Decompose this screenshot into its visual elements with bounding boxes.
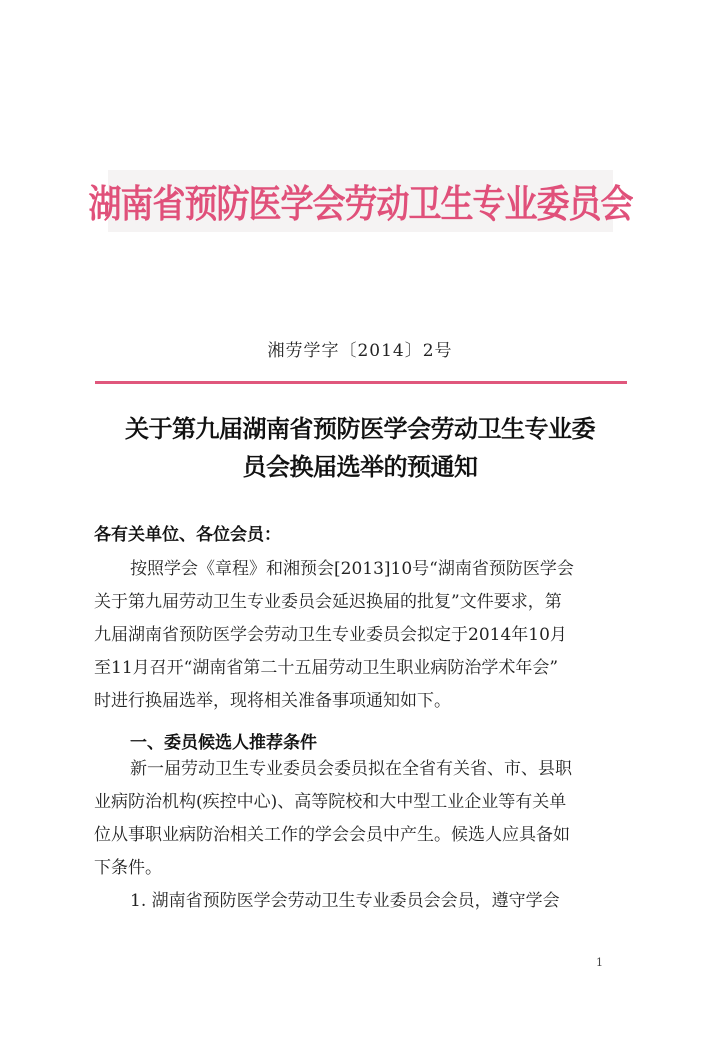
paragraph-line: 时进行换届选举，现将相关准备事项通知如下。	[94, 685, 629, 718]
salutation: 各有关单位、各位会员：	[94, 520, 281, 545]
paragraph-line: 业病防治机构(疾控中心)、高等院校和大中型工业企业等有关单	[94, 786, 629, 819]
paragraph-line: 至11月召开“湖南省第二十五届劳动卫生职业病防治学术年会”	[94, 652, 629, 685]
paragraph-line: 新一届劳动卫生专业委员会委员拟在全省有关省、市、县职	[94, 753, 629, 786]
red-divider-line	[95, 381, 627, 384]
section-heading-candidate-conditions: 一、委员候选人推荐条件	[130, 728, 317, 753]
paragraph-line: 关于第九届劳动卫生专业委员会延迟换届的批复”文件要求，第	[94, 586, 629, 619]
title-line: 关于第九届湖南省预防医学会劳动卫生专业委	[80, 410, 640, 448]
document-number: 湘劳学字〔2014〕2号	[0, 336, 720, 361]
document-title: 关于第九届湖南省预防医学会劳动卫生专业委 员会换届选举的预通知	[80, 410, 640, 486]
paragraph-candidate-scope: 新一届劳动卫生专业委员会委员拟在全省有关省、市、县职 业病防治机构(疾控中心)、…	[94, 753, 629, 885]
paragraph-condition-1: 1. 湖南省预防医学会劳动卫生专业委员会会员，遵守学会	[94, 885, 629, 918]
masthead-banner: 湖南省预防医学会劳动卫生专业委员会	[108, 170, 613, 232]
paragraph-line: 按照学会《章程》和湘预会[2013]10号“湖南省预防医学会	[94, 553, 629, 586]
masthead-title: 湖南省预防医学会劳动卫生专业委员会	[89, 174, 633, 228]
paragraph-line: 下条件。	[94, 852, 629, 885]
paragraph-line: 位从事职业病防治相关工作的学会会员中产生。候选人应具备如	[94, 819, 629, 852]
paragraph-line: 1. 湖南省预防医学会劳动卫生专业委员会会员，遵守学会	[94, 885, 629, 918]
paragraph-intro: 按照学会《章程》和湘预会[2013]10号“湖南省预防医学会 关于第九届劳动卫生…	[94, 553, 629, 718]
title-line: 员会换届选举的预通知	[80, 448, 640, 486]
page-number: 1	[596, 956, 603, 969]
paragraph-line: 九届湖南省预防医学会劳动卫生专业委员会拟定于2014年10月	[94, 619, 629, 652]
